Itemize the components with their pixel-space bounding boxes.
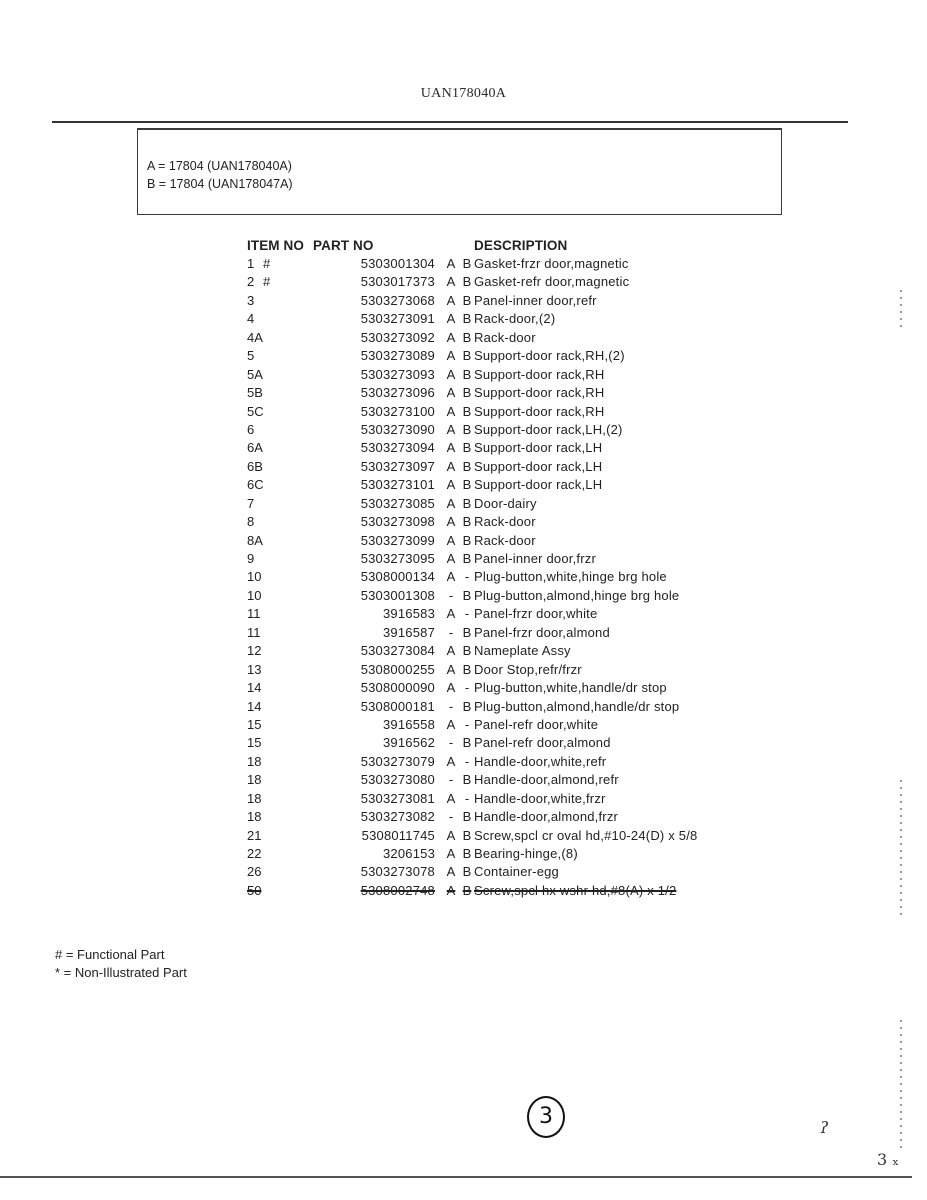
description: Panel-refr door,almond [474, 735, 611, 750]
part-no: 5303273091 [297, 311, 435, 326]
description: Screw,spcl hx wshr hd,#8(A) x 1/2 [474, 883, 676, 898]
item-no: 6C [247, 477, 287, 492]
functional-flag: # [263, 256, 270, 271]
model-a-flag: A [445, 662, 457, 677]
model-b-flag: B [461, 496, 473, 511]
model-b-flag: B [461, 330, 473, 345]
part-no: 5303273093 [297, 367, 435, 382]
description: Rack-door [474, 514, 536, 529]
model-a-flag: - [445, 809, 457, 824]
model-a-flag: A [445, 311, 457, 326]
item-no: 7 [247, 496, 287, 511]
part-no: 5303273097 [297, 459, 435, 474]
part-no: 5303273079 [297, 754, 435, 769]
model-key-b: B = 17804 (UAN178047A) [147, 177, 293, 191]
model-b-flag: B [461, 735, 473, 750]
part-no: 5303273101 [297, 477, 435, 492]
model-a-flag: A [445, 440, 457, 455]
part-no: 5303273096 [297, 385, 435, 400]
model-b-flag: - [461, 680, 473, 695]
model-b-flag: B [461, 699, 473, 714]
description: Support-door rack,RH [474, 404, 604, 419]
description: Plug-button,almond,hinge brg hole [474, 588, 679, 603]
part-no: 5308002748 [297, 883, 435, 898]
model-b-flag: B [461, 459, 473, 474]
part-no: 5303273090 [297, 422, 435, 437]
model-a-flag: A [445, 551, 457, 566]
item-no: 22 [247, 846, 287, 861]
item-no: 6B [247, 459, 287, 474]
description: Panel-inner door,frzr [474, 551, 596, 566]
scan-edge-noise [900, 780, 902, 920]
item-no: 6 [247, 422, 287, 437]
description: Rack-door [474, 533, 536, 548]
item-no: 15 [247, 717, 287, 732]
model-b-flag: - [461, 754, 473, 769]
item-no: 11 [247, 625, 287, 640]
model-a-flag: - [445, 625, 457, 640]
description: Support-door rack,RH [474, 385, 604, 400]
part-no: 5303273099 [297, 533, 435, 548]
part-no: 5303273098 [297, 514, 435, 529]
description: Handle-door,almond,frzr [474, 809, 618, 824]
model-b-flag: B [461, 533, 473, 548]
description: Nameplate Assy [474, 643, 571, 658]
item-no: 15 [247, 735, 287, 750]
part-no: 5303001308 [297, 588, 435, 603]
functional-flag: # [263, 274, 270, 289]
handwritten-mark: 3 ₓ [877, 1150, 899, 1169]
model-b-flag: B [461, 828, 473, 843]
part-no: 5303017373 [297, 274, 435, 289]
model-b-flag: B [461, 385, 473, 400]
part-no: 5303273068 [297, 293, 435, 308]
model-a-flag: A [445, 293, 457, 308]
model-a-flag: A [445, 643, 457, 658]
description: Handle-door,white,refr [474, 754, 606, 769]
model-b-flag: B [461, 846, 473, 861]
part-no: 3206153 [297, 846, 435, 861]
model-a-flag: A [445, 828, 457, 843]
scan-edge-noise [900, 290, 902, 330]
part-no: 5308000181 [297, 699, 435, 714]
model-b-flag: B [461, 256, 473, 271]
model-a-flag: A [445, 680, 457, 695]
description: Panel-frzr door,white [474, 606, 597, 621]
item-no: 5B [247, 385, 287, 400]
legend-functional-part: # = Functional Part [55, 946, 187, 964]
model-b-flag: B [461, 311, 473, 326]
description: Bearing-hinge,(8) [474, 846, 578, 861]
part-no: 5303001304 [297, 256, 435, 271]
description: Plug-button,white,hinge brg hole [474, 569, 667, 584]
part-no: 5303273095 [297, 551, 435, 566]
model-a-flag: A [445, 754, 457, 769]
item-no: 18 [247, 791, 287, 806]
item-no: 9 [247, 551, 287, 566]
column-header-item-no: ITEM NO [247, 238, 304, 253]
description: Plug-button,white,handle/dr stop [474, 680, 667, 695]
model-a-flag: - [445, 588, 457, 603]
item-no: 14 [247, 699, 287, 714]
model-key-box: A = 17804 (UAN178040A) B = 17804 (UAN178… [137, 128, 782, 215]
bottom-divider [0, 1176, 912, 1178]
description: Support-door rack,LH [474, 459, 602, 474]
model-b-flag: B [461, 367, 473, 382]
model-a-flag: A [445, 385, 457, 400]
model-a-flag: A [445, 514, 457, 529]
model-b-flag: B [461, 477, 473, 492]
model-a-flag: A [445, 791, 457, 806]
top-divider [52, 121, 848, 123]
item-no: 3 [247, 293, 287, 308]
model-b-flag: B [461, 422, 473, 437]
item-no: 18 [247, 809, 287, 824]
model-a-flag: A [445, 533, 457, 548]
handwritten-mark: ʔ [820, 1118, 829, 1137]
part-no: 5308000090 [297, 680, 435, 695]
model-a-flag: - [445, 772, 457, 787]
model-b-flag: B [461, 274, 473, 289]
part-no: 5303273080 [297, 772, 435, 787]
model-b-flag: B [461, 348, 473, 363]
description: Support-door rack,LH,(2) [474, 422, 623, 437]
part-no: 5303273094 [297, 440, 435, 455]
item-no: 5A [247, 367, 287, 382]
part-no: 5303273078 [297, 864, 435, 879]
model-a-flag: - [445, 699, 457, 714]
model-a-flag: A [445, 404, 457, 419]
model-a-flag: A [445, 256, 457, 271]
item-no: 4 [247, 311, 287, 326]
item-no: 6A [247, 440, 287, 455]
description: Handle-door,white,frzr [474, 791, 606, 806]
model-a-flag: A [445, 717, 457, 732]
item-no: 8A [247, 533, 287, 548]
description: Panel-inner door,refr [474, 293, 597, 308]
part-no: 3916583 [297, 606, 435, 621]
model-b-flag: B [461, 588, 473, 603]
description: Gasket-refr door,magnetic [474, 274, 629, 289]
model-b-flag: B [461, 662, 473, 677]
legend: # = Functional Part * = Non-Illustrated … [55, 946, 187, 982]
column-header-description: DESCRIPTION [474, 238, 567, 253]
part-no: 3916587 [297, 625, 435, 640]
part-no: 5308000134 [297, 569, 435, 584]
part-no: 5303273100 [297, 404, 435, 419]
item-no: 18 [247, 772, 287, 787]
model-b-flag: B [461, 293, 473, 308]
column-header-part-no: PART NO [313, 238, 373, 253]
description: Gasket-frzr door,magnetic [474, 256, 629, 271]
scan-edge-noise [900, 1020, 902, 1150]
model-a-flag: A [445, 846, 457, 861]
item-no: 10 [247, 588, 287, 603]
part-no: 5303273089 [297, 348, 435, 363]
model-b-flag: B [461, 809, 473, 824]
item-no: 11 [247, 606, 287, 621]
model-b-flag: B [461, 514, 473, 529]
model-a-flag: A [445, 477, 457, 492]
description: Support-door rack,LH [474, 440, 602, 455]
description: Rack-door [474, 330, 536, 345]
part-no: 5303273092 [297, 330, 435, 345]
description: Support-door rack,RH,(2) [474, 348, 625, 363]
model-a-flag: A [445, 496, 457, 511]
description: Panel-frzr door,almond [474, 625, 610, 640]
description: Plug-button,almond,handle/dr stop [474, 699, 679, 714]
page-number-circled: 3 [527, 1096, 565, 1138]
model-b-flag: B [461, 864, 473, 879]
model-b-flag: B [461, 440, 473, 455]
item-no: 13 [247, 662, 287, 677]
model-a-flag: A [445, 330, 457, 345]
model-a-flag: A [445, 883, 457, 898]
model-a-flag: A [445, 274, 457, 289]
item-no: 5C [247, 404, 287, 419]
description: Support-door rack,RH [474, 367, 604, 382]
part-no: 5308000255 [297, 662, 435, 677]
item-no: 50 [247, 883, 287, 898]
part-no: 5308011745 [297, 828, 435, 843]
model-b-flag: B [461, 883, 473, 898]
model-b-flag: B [461, 643, 473, 658]
model-a-flag: - [445, 735, 457, 750]
model-a-flag: A [445, 348, 457, 363]
document-model-code: UAN178040A [0, 86, 927, 102]
part-no: 5303273082 [297, 809, 435, 824]
description: Door-dairy [474, 496, 537, 511]
model-a-flag: A [445, 367, 457, 382]
part-no: 5303273084 [297, 643, 435, 658]
model-b-flag: B [461, 551, 473, 566]
part-no: 3916558 [297, 717, 435, 732]
item-no: 26 [247, 864, 287, 879]
description: Container-egg [474, 864, 559, 879]
description: Panel-refr door,white [474, 717, 598, 732]
item-no: 4A [247, 330, 287, 345]
model-b-flag: - [461, 606, 473, 621]
item-no: 12 [247, 643, 287, 658]
item-no: 8 [247, 514, 287, 529]
model-b-flag: B [461, 625, 473, 640]
part-no: 5303273085 [297, 496, 435, 511]
model-b-flag: - [461, 717, 473, 732]
description: Handle-door,almond,refr [474, 772, 619, 787]
part-no: 3916562 [297, 735, 435, 750]
legend-non-illustrated-part: * = Non-Illustrated Part [55, 964, 187, 982]
item-no: 5 [247, 348, 287, 363]
model-a-flag: A [445, 864, 457, 879]
model-a-flag: A [445, 569, 457, 584]
description: Door Stop,refr/frzr [474, 662, 582, 677]
description: Support-door rack,LH [474, 477, 602, 492]
item-no: 10 [247, 569, 287, 584]
model-a-flag: A [445, 606, 457, 621]
model-b-flag: B [461, 404, 473, 419]
description: Rack-door,(2) [474, 311, 555, 326]
model-b-flag: B [461, 772, 473, 787]
model-key-a: A = 17804 (UAN178040A) [147, 159, 292, 173]
description: Screw,spcl cr oval hd,#10-24(D) x 5/8 [474, 828, 697, 843]
model-a-flag: A [445, 459, 457, 474]
model-b-flag: - [461, 791, 473, 806]
model-a-flag: A [445, 422, 457, 437]
model-b-flag: - [461, 569, 473, 584]
item-no: 14 [247, 680, 287, 695]
part-no: 5303273081 [297, 791, 435, 806]
item-no: 21 [247, 828, 287, 843]
item-no: 18 [247, 754, 287, 769]
